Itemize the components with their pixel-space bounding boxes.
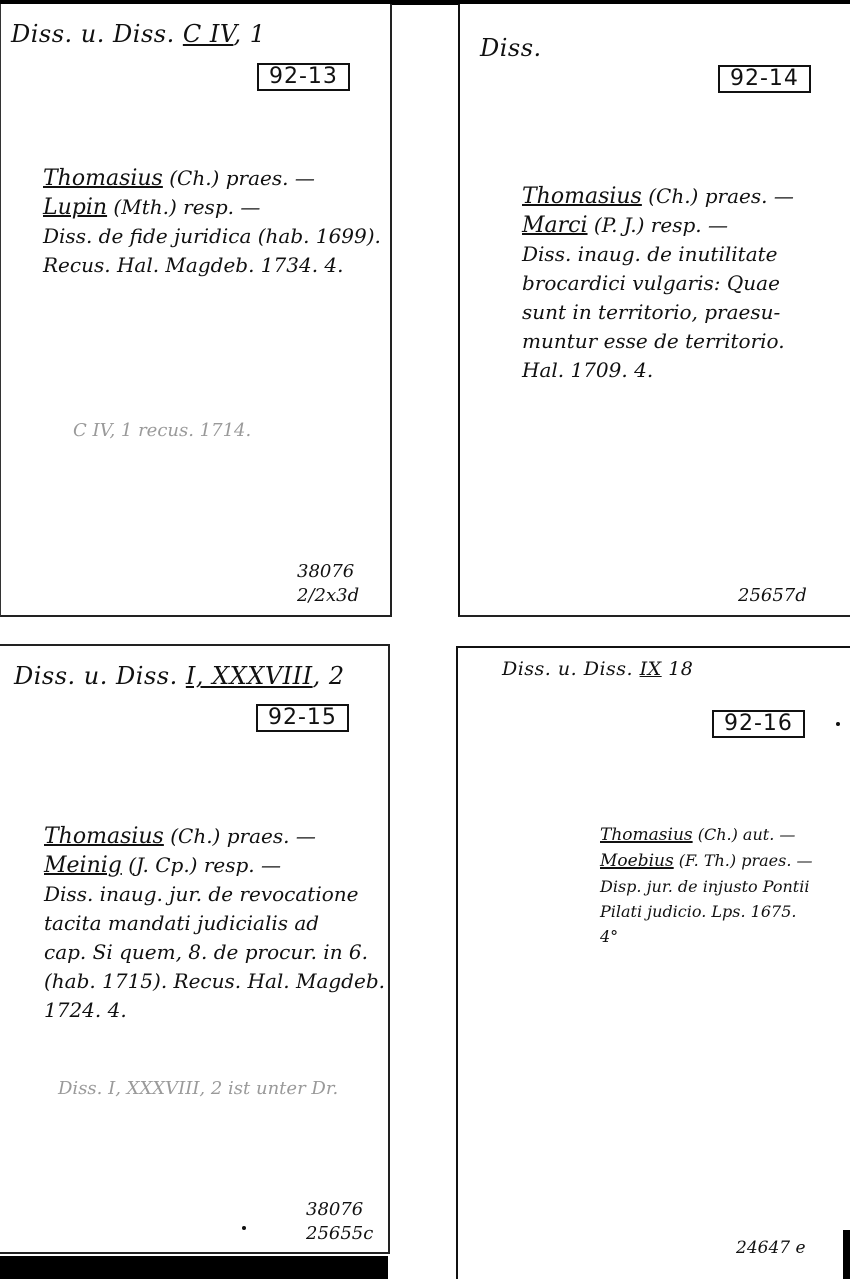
accession-line: 38076 [297,560,359,584]
imprint-line: Pilati judicio. Lps. 1675. [600,899,812,924]
imprint-line: Hal. 1709. 4. [522,356,794,385]
accession-line: 24647 e [736,1236,806,1260]
respondent-line: Marci (P. J.) resp. — [522,211,794,240]
card-id-box: 92-14 [718,65,811,93]
call-number: Diss. u. Diss. IX 18 [502,658,693,680]
author-line: Thomasius (Ch.) praes. — [522,182,794,211]
card-id-box: 92-15 [256,704,349,732]
title-line: muntur esse de territorio. [522,327,794,356]
scan-right-edge [843,1230,850,1279]
imprint-line: 1724. 4. [44,996,385,1025]
respondent-line: Moebius (F. Th.) praes. — [600,848,812,874]
call-number-prefix: Diss. u. Diss. [11,20,175,48]
call-number-signature: IX [640,658,662,680]
scan-bottom-edge [0,1256,388,1279]
pencil-note: Diss. I, XXXVIII, 2 ist unter Dr. [58,1078,338,1099]
call-number-suffix: , 2 [313,662,345,690]
call-number-signature: I, XXXVIII [186,662,313,690]
title-line: Disp. jur. de injusto Pontii [600,874,812,899]
imprint-line: (hab. 1715). Recus. Hal. Magdeb. [44,967,385,996]
respondent-role: (P. J.) resp. — [588,213,728,237]
pencil-note: C IV, 1 recus. 1714. [73,420,251,441]
author-line: Thomasius (Ch.) praes. — [43,164,381,193]
author-line: Thomasius (Ch.) praes. — [44,822,385,851]
call-number: Diss. u. Diss. I, XXXVIII, 2 [14,662,345,690]
format-line: 4° [600,924,812,949]
catalog-card-92-13: Diss. u. Diss. C IV, 1 92-13 Thomasius (… [0,4,392,617]
respondent-role: (J. Cp.) resp. — [122,853,281,877]
call-number-prefix: Diss. [480,34,542,62]
ink-spot [836,722,840,726]
author-line: Thomasius (Ch.) aut. — [600,822,812,848]
call-number: Diss. u. Diss. C IV, 1 [11,20,265,48]
title-line: tacita mandati judicialis ad [44,909,385,938]
respondent-name: Moebius [600,851,674,871]
respondent-role: (F. Th.) praes. — [674,851,813,870]
author-name: Thomasius [600,825,693,845]
call-number-signature: C IV [183,20,234,48]
respondent-name: Meinig [44,853,122,878]
title-line: Diss. inaug. jur. de revocatione [44,880,385,909]
author-role: (Ch.) praes. — [163,166,315,190]
author-role: (Ch.) praes. — [642,184,794,208]
author-name: Thomasius [43,166,163,191]
respondent-name: Marci [522,213,588,238]
call-number-suffix: 18 [662,658,694,680]
call-number-suffix: , 1 [233,20,265,48]
title-line: sunt in territorio, praesu- [522,298,794,327]
accession-number: 24647 e [736,1236,806,1260]
accession-number: 25657d [738,584,807,608]
title-line: brocardici vulgaris: Quae [522,269,794,298]
author-role: (Ch.) praes. — [164,824,316,848]
catalog-card-92-16: Diss. u. Diss. IX 18 92-16 Thomasius (Ch… [456,646,850,1279]
title-line: Diss. inaug. de inutilitate [522,240,794,269]
catalog-card-92-15: Diss. u. Diss. I, XXXVIII, 2 92-15 Thoma… [0,644,390,1254]
bibliographic-entry: Thomasius (Ch.) aut. — Moebius (F. Th.) … [600,822,812,949]
call-number-prefix: Diss. u. Diss. [502,658,633,680]
accession-number: 38076 25655c [306,1198,373,1246]
respondent-line: Meinig (J. Cp.) resp. — [44,851,385,880]
call-number-prefix: Diss. u. Diss. [14,662,178,690]
author-name: Thomasius [522,184,642,209]
accession-line: 2/2x3d [297,584,359,608]
accession-line: 25657d [738,584,807,608]
bibliographic-entry: Thomasius (Ch.) praes. — Lupin (Mth.) re… [43,164,381,280]
respondent-role: (Mth.) resp. — [107,195,260,219]
author-name: Thomasius [44,824,164,849]
respondent-name: Lupin [43,195,107,220]
imprint-line: Recus. Hal. Magdeb. 1734. 4. [43,251,381,280]
card-id-box: 92-16 [712,710,805,738]
accession-line: 38076 [306,1198,373,1222]
call-number: Diss. [480,34,542,62]
author-role: (Ch.) aut. — [693,825,796,844]
bibliographic-entry: Thomasius (Ch.) praes. — Meinig (J. Cp.)… [44,822,385,1025]
ink-spot [242,1226,246,1230]
accession-number: 38076 2/2x3d [297,560,359,608]
title-line: Diss. de fide juridica (hab. 1699). [43,222,381,251]
title-line: cap. Si quem, 8. de procur. in 6. [44,938,385,967]
bibliographic-entry: Thomasius (Ch.) praes. — Marci (P. J.) r… [522,182,794,385]
accession-line: 25655c [306,1222,373,1246]
card-id-box: 92-13 [257,63,350,91]
catalog-card-92-14: Diss. 92-14 Thomasius (Ch.) praes. — Mar… [458,4,850,617]
respondent-line: Lupin (Mth.) resp. — [43,193,381,222]
